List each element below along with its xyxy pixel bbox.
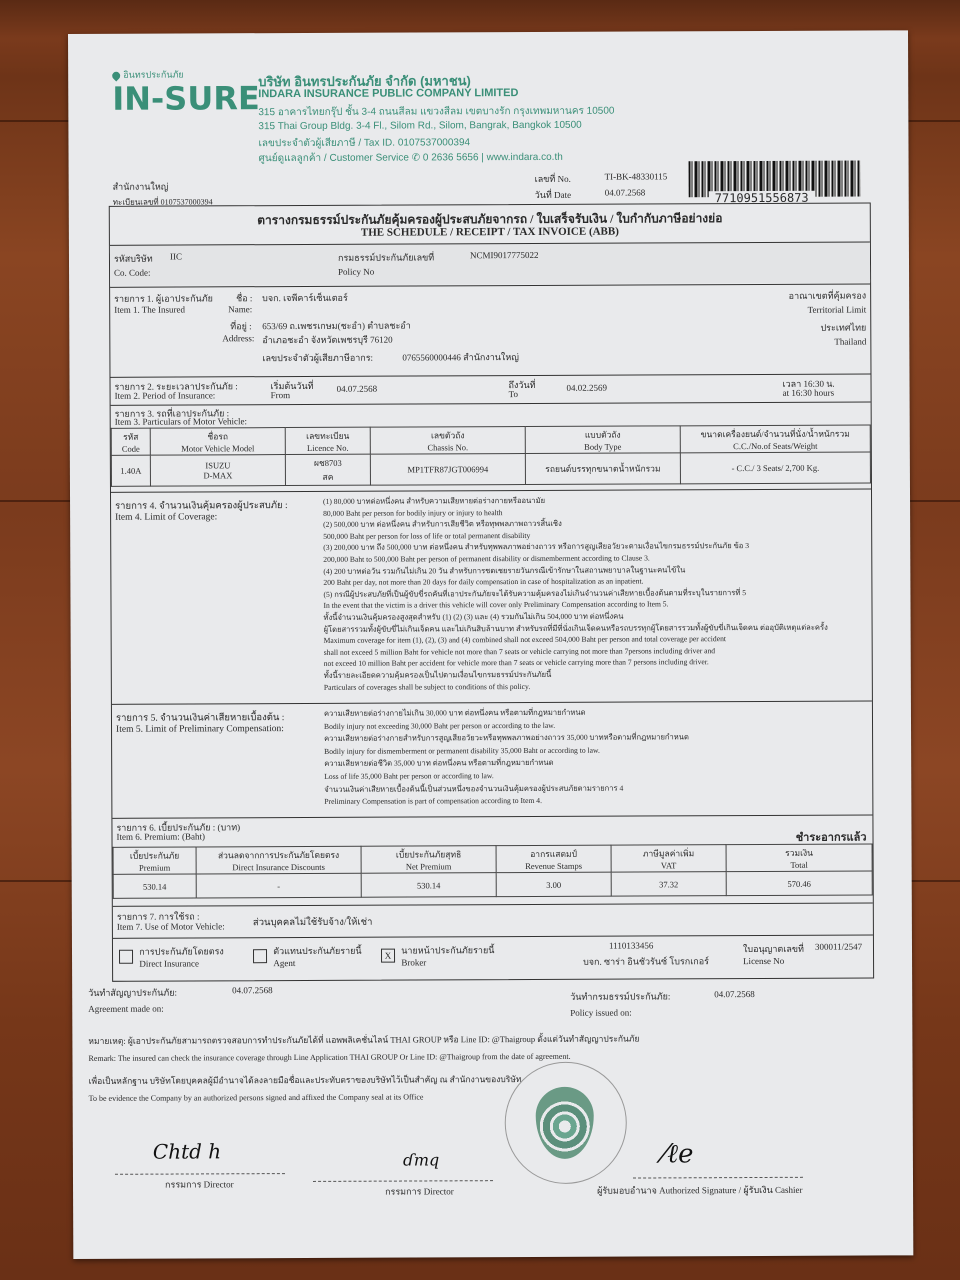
issued-label-th: วันทำกรมธรรม์ประกันภัย: <box>570 989 670 1003</box>
director2-label: กรรมการ Director <box>385 1184 454 1198</box>
col-premium: เบี้ยประกันภัยPremium <box>113 847 196 874</box>
title-en: THE SCHEDULE / RECEIPT / TAX INVOICE (AB… <box>110 225 870 240</box>
item7-use: รายการ 7. การใช้รถ : Item 7. Use of Moto… <box>113 902 873 936</box>
item3-label-en: Item 3. Particulars of Motor Vehicle: <box>115 416 247 427</box>
name-label-en: Name: <box>228 304 252 314</box>
signature-line <box>313 1180 493 1182</box>
col-vat: ภาษีมูลค่าเพิ่มVAT <box>611 845 726 873</box>
header-en: Chassis No. <box>373 442 523 453</box>
option-th: นายหน้าประกันภัยรายนี้ <box>401 943 494 957</box>
director1-signature: Chtd h <box>153 1139 221 1163</box>
header-en: Premium <box>116 862 194 872</box>
agreement-label-th: วันทำสัญญาประกันภัย: <box>88 986 177 1000</box>
company-tax-id: เลขประจำตัวผู้เสียภาษี / Tax ID. 0107537… <box>258 135 470 151</box>
header-th: ส่วนลดจากการประกันภัยโดยตรง <box>199 848 359 863</box>
issued-label-en: Policy issued on: <box>570 1008 632 1018</box>
evidence-th: เพื่อเป็นหลักฐาน บริษัทโดยบุคคลผู้มีอำนา… <box>89 1072 522 1088</box>
company-logo: IN-SURE <box>112 79 260 118</box>
policy-value: NCMI9017775022 <box>470 250 539 260</box>
col-model: ชื่อรถMotor Vehicle Model <box>150 428 285 456</box>
licence-number: ผช8703 <box>288 456 368 470</box>
address-label-en: Address: <box>222 333 254 343</box>
broker-code: 1110133456 <box>609 940 653 950</box>
address-line1: 653/69 ถ.เพชรเกษม(ชะอำ) ตำบลชะอำ <box>262 319 411 334</box>
issued-date: 04.07.2568 <box>714 989 755 999</box>
header-en: Motor Vehicle Model <box>153 443 283 454</box>
from-date: 04.07.2568 <box>337 384 378 394</box>
item1-label-en: Item 1. The Insured <box>114 304 185 314</box>
item2-period: รายการ 2. ระยะเวลาประกันภัย : Item 2. Pe… <box>110 374 870 404</box>
option-en: Broker <box>401 957 494 967</box>
preliminary-lines: ความเสียหายต่อร่างกายไม่เกิน 30,000 บาท … <box>324 706 689 808</box>
vehicle-make: ISUZU <box>153 460 283 471</box>
header-th: ขนาดเครื่องยนต์/จำนวนที่นั่ง/น้ำหนักรวม <box>683 427 868 442</box>
total-value: 570.46 <box>726 871 872 896</box>
territory-label-en: Territorial Limit <box>808 305 867 315</box>
date-label: วันที่ Date <box>535 188 571 202</box>
director1-label: กรรมการ Director <box>165 1177 234 1191</box>
item1-insured: รายการ 1. ผู้เอาประกันภัย Item 1. The In… <box>110 284 870 376</box>
vehicle-licence: ผช8703สค <box>285 454 370 485</box>
col-net: เบี้ยประกันภัยสุทธิNet Premium <box>361 846 496 874</box>
stamps-value: 3.00 <box>496 872 611 897</box>
premium-row: 530.14 - 530.14 3.00 37.32 570.46 <box>113 871 872 898</box>
header-th: รหัส <box>114 430 148 444</box>
item7-label-en: Item 7. Use of Motor Vehicle: <box>117 921 225 931</box>
insured-taxid-value: 0765560000446 สำนักงานใหญ่ <box>402 350 519 365</box>
company-address-en: 315 Thai Group Bldg. 3-4 Fl., Silom Rd.,… <box>258 120 581 132</box>
header-en: Direct Insurance Discounts <box>199 862 359 873</box>
col-total: รวมเงินTotal <box>726 844 872 872</box>
net-premium-value: 530.14 <box>361 873 496 898</box>
company-name-en: INDARA INSURANCE PUBLIC COMPANY LIMITED <box>258 87 518 100</box>
policy-label-en: Policy No <box>338 267 374 277</box>
item4-coverage: รายการ 4. จำนวนเงินคุ้มครองผู้ประสบภัย :… <box>111 489 872 703</box>
premium-value: 530.14 <box>113 874 196 898</box>
channel-direct: การประกันภัยโดยตรงDirect Insurance <box>119 944 224 968</box>
co-code-label-en: Co. Code: <box>114 268 151 278</box>
director2-signature: ɗmq <box>403 1150 439 1169</box>
header-th: เลขทะเบียน <box>288 429 368 443</box>
discount-value: - <box>196 873 361 898</box>
option-th: ตัวแทนประกันภัยรายนี้ <box>273 944 361 958</box>
insured-taxid-label: เลขประจำตัวผู้เสียภาษีอากร: <box>262 351 373 365</box>
insured-name: บจก. เจพีคาร์เซ็นเตอร์ <box>262 291 348 305</box>
co-code-value: IIC <box>170 252 182 262</box>
header-en: Net Premium <box>364 861 494 872</box>
checkbox[interactable]: X <box>381 949 395 963</box>
company-address-th: 315 อาคารไทยกรุ๊ป ชั้น 3-4 ถนนสีลม แขวงส… <box>258 104 614 121</box>
premium-header: เบี้ยประกันภัยPremium ส่วนลดจากการประกัน… <box>113 844 872 874</box>
header-th: อากรแสตมป์ <box>499 847 609 861</box>
vehicle-use: ส่วนบุคคลไม่ใช้รับจ้าง/ให้เช่า <box>253 915 373 931</box>
logo-tagline-text: อินทรประกันภัย <box>123 69 184 79</box>
header-en: Revenue Stamps <box>499 861 609 871</box>
license-value: 300011/2547 <box>815 942 862 952</box>
license-label-th: ใบอนุญาตเลขที่ <box>743 942 804 956</box>
vehicle-table: รหัสCode ชื่อรถMotor Vehicle Model เลขทะ… <box>111 425 871 487</box>
remark-en: Remark: The insured can check the insura… <box>88 1052 570 1063</box>
coverage-line: ความเสียหายต่อร่างกายสำหรับการสูญเสียอวั… <box>324 731 689 745</box>
vehicle-cc: - C.C./ 3 Seats/ 2,700 Kg. <box>680 452 870 484</box>
evidence-en: To be evidence the Company by an authori… <box>89 1092 424 1102</box>
premium-table: เบี้ยประกันภัยPremium ส่วนลดจากการประกัน… <box>113 843 873 898</box>
agreement-label-en: Agreement made on: <box>88 1004 164 1014</box>
col-chassis: เลขตัวถังChassis No. <box>370 427 525 455</box>
col-discount: ส่วนลดจากการประกันภัยโดยตรงDirect Insura… <box>196 846 361 874</box>
option-en: Direct Insurance <box>139 958 224 968</box>
header-en: Licence No. <box>288 443 368 453</box>
to-label-en: To <box>509 389 518 399</box>
header-th: แบบตัวถัง <box>528 427 678 442</box>
vehicle-row: 1.40A ISUZUD-MAX ผช8703สค MP1TFR87JGT006… <box>111 452 870 486</box>
option-th: การประกันภัยโดยตรง <box>139 944 224 958</box>
signature-line <box>115 1173 285 1175</box>
vehicle-body: รถยนต์บรรทุกขนาดน้ำหนักรวม <box>525 453 680 485</box>
item4-label-en: Item 4. Limit of Coverage: <box>115 512 217 522</box>
header-en: Total <box>729 860 870 871</box>
header-en: Body Type <box>528 441 678 452</box>
remark-th: หมายเหตุ: ผู้เอาประกันภัยสามารถตรวจสอบกา… <box>88 1032 639 1048</box>
vehicle-code: 1.40A <box>111 455 150 486</box>
item5-preliminary: รายการ 5. จำนวนเงินค่าเสียหายเบื้องต้น :… <box>112 700 872 816</box>
territory-value-en: Thailand <box>834 337 866 347</box>
licence-province: สค <box>288 470 368 484</box>
vehicle-model: ISUZUD-MAX <box>150 455 285 487</box>
territory-value-th: ประเทศไทย <box>820 321 866 335</box>
col-body: แบบตัวถังBody Type <box>525 426 680 454</box>
header-th: เบี้ยประกันภัยสุทธิ <box>364 847 494 862</box>
vehicle-model-name: D-MAX <box>153 470 283 481</box>
agreement-date: 04.07.2568 <box>232 985 273 995</box>
broker-name: บจก. ซาร่า อินชัวรันซ์ โบรกเกอร์ <box>583 954 709 969</box>
branch: สำนักงานใหญ่ <box>113 180 169 194</box>
channel-agent: ตัวแทนประกันภัยรายนี้Agent <box>253 944 362 968</box>
address-line2: อำเภอชะอำ จังหวัดเพชรบุรี 76120 <box>262 333 392 348</box>
item6-premium: รายการ 6. เบี้ยประกันภัย : (บาท) Item 6.… <box>112 814 872 904</box>
signature-line <box>633 1177 803 1179</box>
coverage-lines: (1) 80,000 บาทต่อหนึ่งคน สำหรับความเสียห… <box>323 494 828 693</box>
header-en: Code <box>114 444 148 454</box>
channel-broker: X นายหน้าประกันภัยรายนี้Broker <box>381 943 494 967</box>
name-label-th: ชื่อ : <box>236 291 252 305</box>
col-cc: ขนาดเครื่องยนต์/จำนวนที่นั่ง/น้ำหนักรวมC… <box>680 425 870 453</box>
vat-value: 37.32 <box>611 872 726 897</box>
policy-label-th: กรมธรรม์ประกันภัยเลขที่ <box>338 250 434 264</box>
header-en: VAT <box>614 860 724 870</box>
authorized-signature: ⁄ℓe <box>663 1139 694 1169</box>
authorized-label: ผู้รับมอบอำนาจ Authorized Signature / ผู… <box>597 1183 803 1198</box>
coverage-line: Preliminary Compensation is part of comp… <box>324 794 689 808</box>
col-licence: เลขทะเบียนLicence No. <box>285 427 370 454</box>
option-en: Agent <box>273 958 361 968</box>
checkbox[interactable] <box>119 950 133 964</box>
to-date: 04.02.2569 <box>567 383 608 393</box>
doc-no-value: TI-BK-48330115 <box>605 171 668 181</box>
header-th: ชื่อรถ <box>153 429 283 444</box>
customer-service: ศูนย์ดูแลลูกค้า / Customer Service ✆ 0 2… <box>259 150 563 166</box>
item6-label-en: Item 6. Premium: (Baht) <box>116 831 205 841</box>
header-th: เลขตัวถัง <box>373 428 523 443</box>
channel-row: การประกันภัยโดยตรงDirect Insurance ตัวแท… <box>113 934 873 980</box>
co-code-label-th: รหัสบริษัท <box>114 252 153 266</box>
address-label-th: ที่อยู่ : <box>230 319 251 333</box>
codes-row: รหัสบริษัท IIC Co. Code: กรมธรรม์ประกันภ… <box>110 242 870 286</box>
col-code: รหัสCode <box>111 428 150 455</box>
schedule-frame: ตารางกรมธรรม์ประกันภัยคุ้มครองผู้ประสบภั… <box>109 202 874 981</box>
header-th: เบี้ยประกันภัย <box>116 848 194 862</box>
from-label-en: From <box>271 390 291 400</box>
item2-label-en: Item 2. Period of Insurance: <box>115 390 216 400</box>
time-en: at 16:30 hours <box>783 388 835 398</box>
date-value: 04.07.2568 <box>605 187 646 197</box>
vehicle-table-header: รหัสCode ชื่อรถMotor Vehicle Model เลขทะ… <box>111 425 870 455</box>
coverage-line: Particulars of coverages shall be subjec… <box>324 679 828 693</box>
license-label-en: License No <box>743 956 784 966</box>
header-th: รวมเงิน <box>729 846 870 861</box>
item5-label-en: Item 5. Limit of Preliminary Compensatio… <box>116 724 284 735</box>
insurance-document: อินทรประกันภัย IN-SURE บริษัท อินทรประกั… <box>68 30 913 1259</box>
header-th: ภาษีมูลค่าเพิ่ม <box>614 846 724 860</box>
header-en: C.C./No.of Seats/Weight <box>683 441 868 452</box>
doc-no-label: เลขที่ No. <box>535 172 571 186</box>
col-stamps: อากรแสตมป์Revenue Stamps <box>496 845 611 873</box>
item3-vehicle: รายการ 3. รถที่เอาประกันภัย : Item 3. Pa… <box>111 402 871 492</box>
checkbox[interactable] <box>253 949 267 963</box>
vehicle-chassis: MP1TFR87JGT006994 <box>370 454 525 486</box>
territory-label-th: อาณาเขตที่คุ้มครอง <box>789 289 867 303</box>
